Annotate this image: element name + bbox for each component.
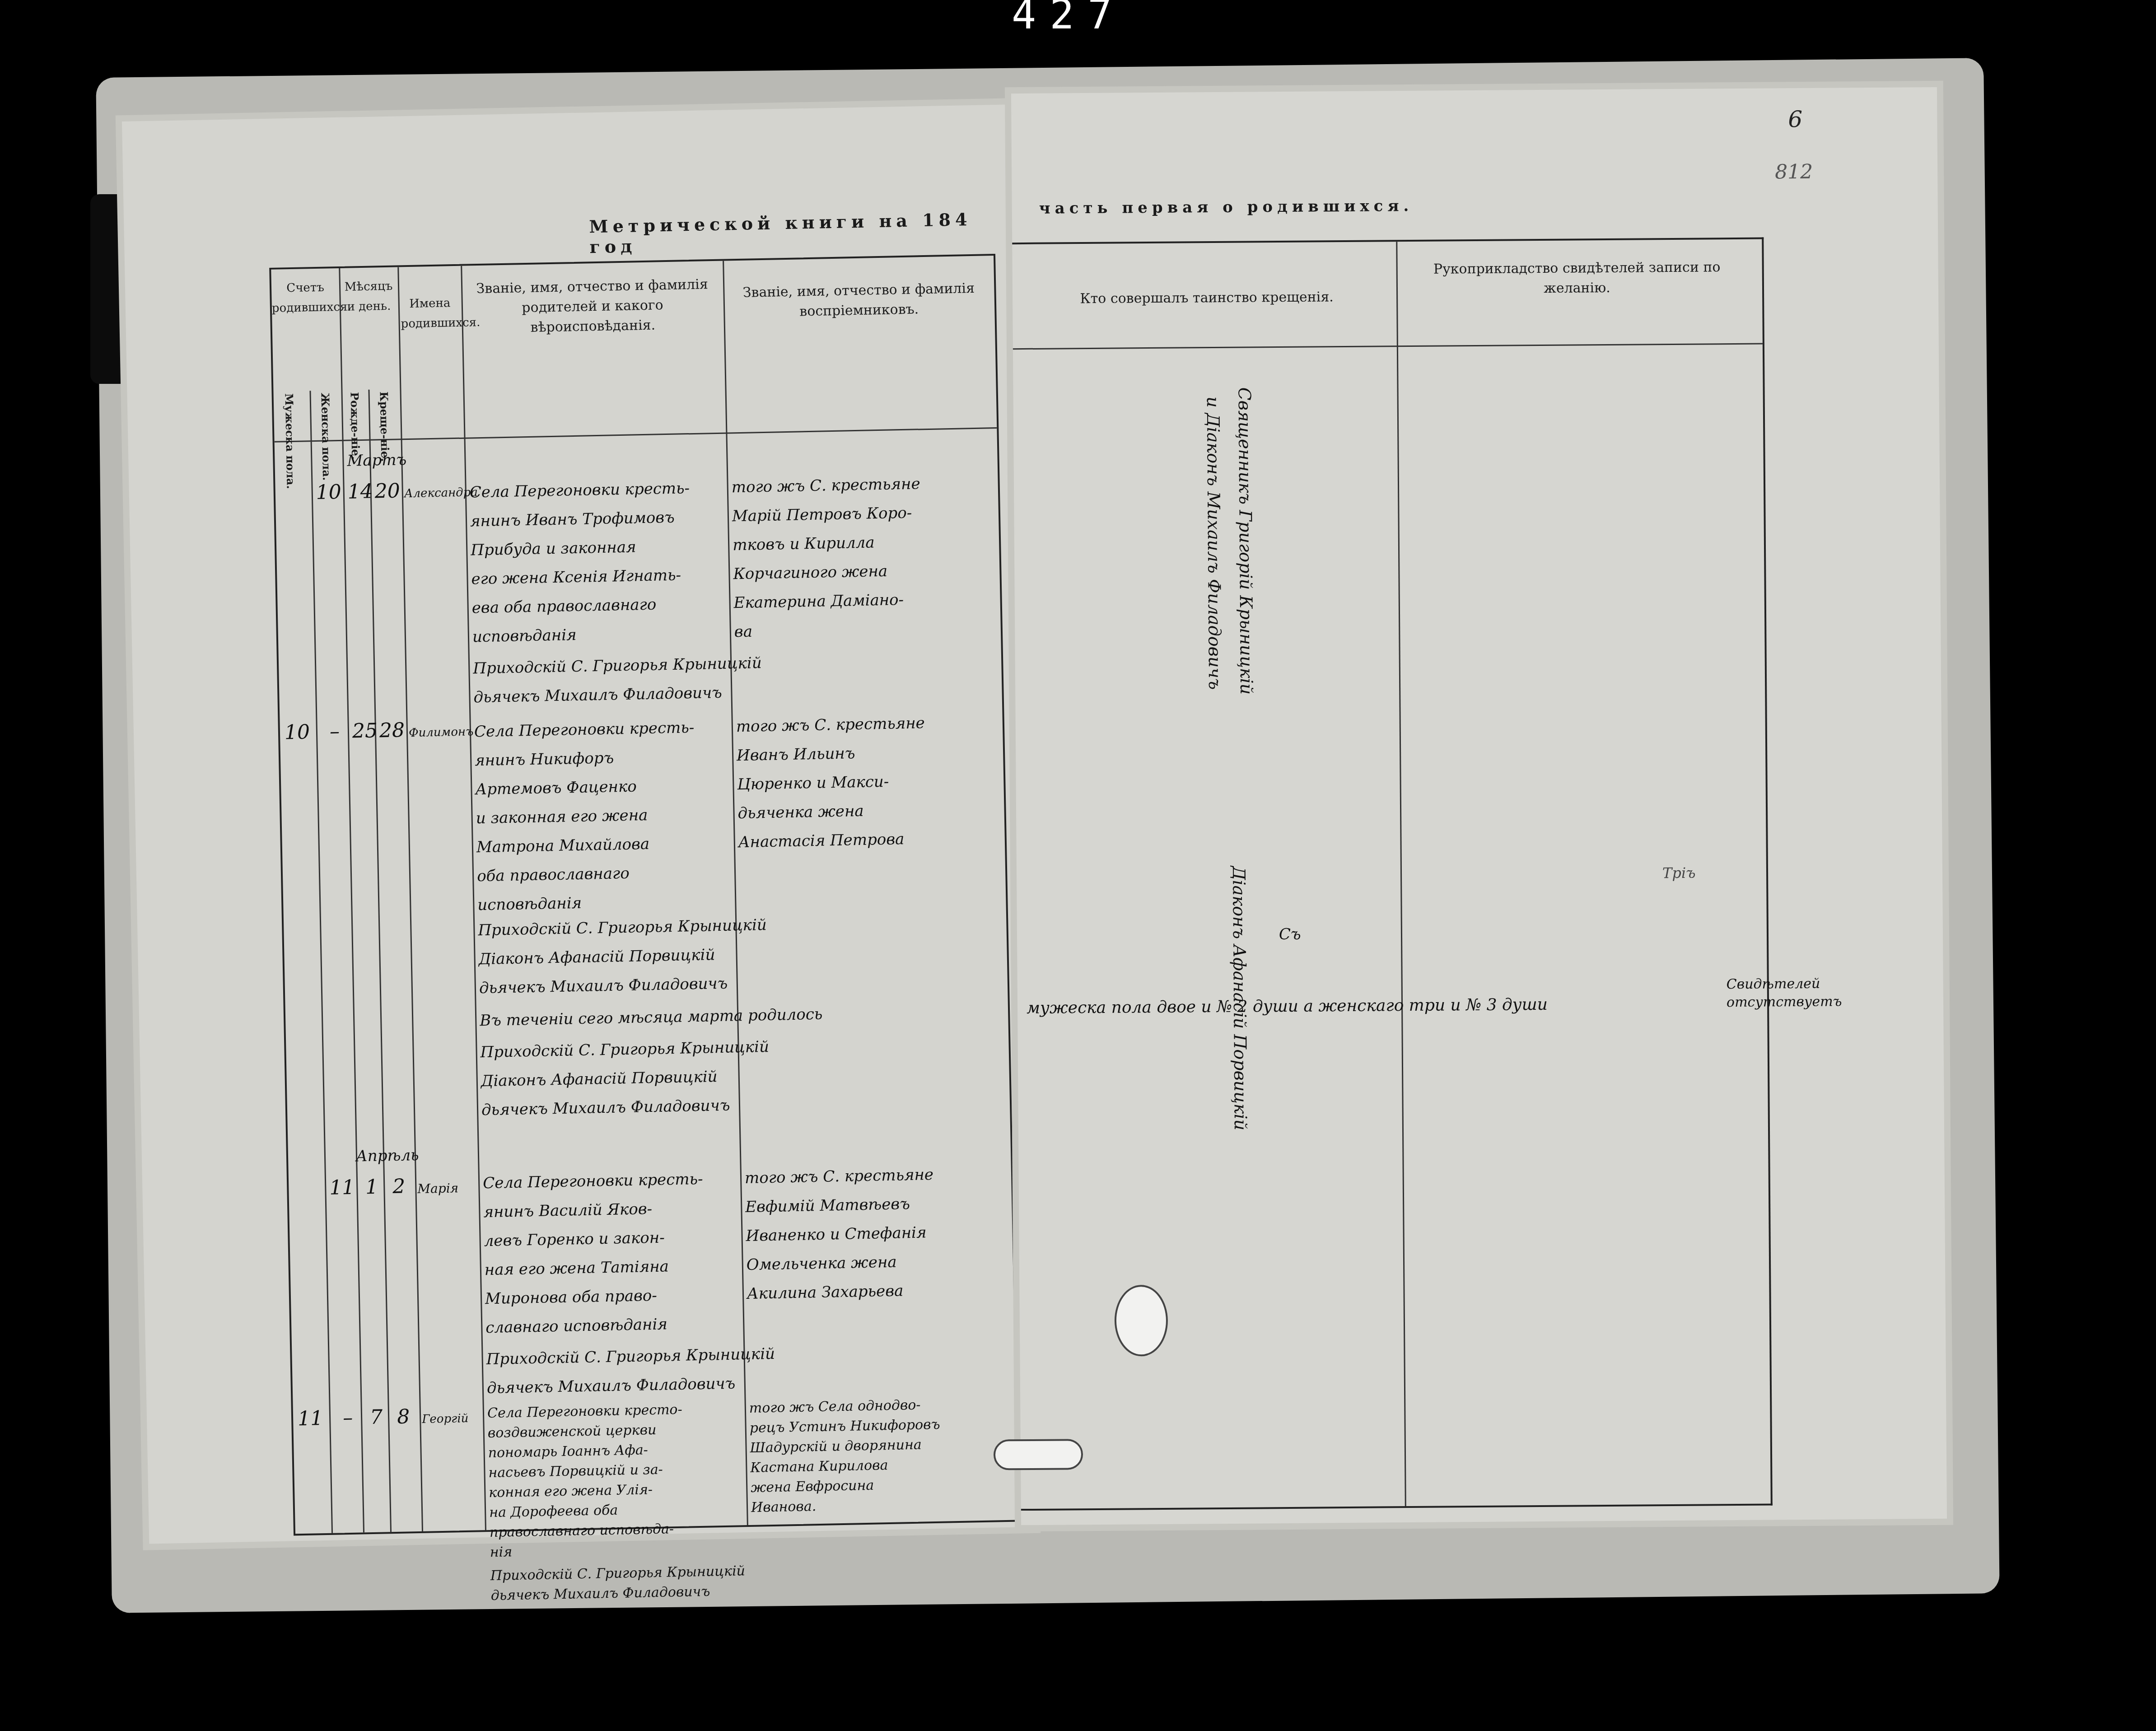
right-page: часть первая о родившихся. Кто совершалъ… xyxy=(1011,87,1947,1525)
left-page-title: Метрической книги на 184 год xyxy=(589,208,1010,257)
record-3-name: Марія xyxy=(417,1174,459,1204)
record-4-signature: Приходскій С. Григорья Крыницкій дьячекъ… xyxy=(271,256,994,270)
record-3-month: Апрѣль xyxy=(355,1141,419,1171)
corner-mark-6: 6 xyxy=(1788,106,1802,132)
record-2-birth-day: 25 xyxy=(352,719,378,742)
record-3-baptism-day: 2 xyxy=(392,1175,406,1198)
record-3-godparents: того жъ С. крестьяне Евфимій Матвѣевъ Ив… xyxy=(271,256,994,270)
summary-prefix: Съ xyxy=(1279,920,1301,949)
record-3-count: 11 xyxy=(329,1176,355,1199)
record-2-signature: Приходскій С. Григорья Крыницкій Діаконъ… xyxy=(271,256,994,270)
header-parents: Званіе, имя, отчество и фамилія родителе… xyxy=(466,275,719,339)
right-page-title: часть первая о родившихся. xyxy=(1039,197,1414,218)
record-2-godparents: того жъ С. крестьяне Иванъ Ильинъ Цюренк… xyxy=(271,256,994,270)
record-2-parents: Села Перегоновки кресть- янинъ Никифоръ … xyxy=(271,256,994,270)
frame-number: 427 xyxy=(1012,0,1126,38)
record-3-birth-day: 1 xyxy=(365,1176,378,1199)
register-table: Счетъ родившихся. Мужеска пола. Женска п… xyxy=(269,254,1020,1535)
left-page: Метрической книги на 184 год Счетъ родив… xyxy=(122,104,1034,1544)
record-4-female-dash: – xyxy=(343,1406,353,1429)
record-2-count: 10 xyxy=(284,720,310,744)
header-count-male: Мужеска пола. xyxy=(283,393,298,489)
record-2-baptism-day: 28 xyxy=(379,719,405,742)
record-1-baptism-day: 20 xyxy=(374,479,400,503)
margin-note: Тріъ xyxy=(1662,859,1696,888)
header-count: Счетъ родившихся. xyxy=(271,277,340,318)
summary-line: мужеска пола двое и № 2 души а женскаго … xyxy=(1027,990,1548,1023)
record-1-month: Мартъ xyxy=(347,445,407,476)
header-count-female: Женска пола. xyxy=(319,392,334,481)
record-1-godparents: того жъ С. крестьяне Марій Петровъ Коро-… xyxy=(271,256,994,270)
record-1-birth-day: 14 xyxy=(347,480,373,504)
record-4-parents: Села Перегоновки кресто- воздвиженской ц… xyxy=(271,256,994,270)
record-4-godparents: того жъ Села однодво- рецъ Устинъ Никифо… xyxy=(271,256,994,270)
record-1-count: 10 xyxy=(316,481,341,504)
record-1-signature: Приходскій С. Григорья Крыницкій дьячекъ… xyxy=(271,256,994,270)
corner-mark-folio: 812 xyxy=(1775,160,1813,184)
record-4-birth-day: 7 xyxy=(370,1406,383,1429)
record-1-name: Александра xyxy=(404,478,478,508)
summary-witnesses-note: Свидѣтелей отсутствуетъ xyxy=(1727,975,1817,1012)
paper-damage-spot xyxy=(1114,1285,1168,1357)
record-1-parents: Села Перегоновки кресть- янинъ Иванъ Тро… xyxy=(271,256,994,270)
baptizer-priest-vertical: Священникъ Григорій Крыницкій xyxy=(1235,387,1257,695)
paper-damage-tear xyxy=(994,1439,1083,1470)
record-4-name: Георгій xyxy=(422,1404,469,1434)
record-4-count: 11 xyxy=(298,1407,323,1430)
header-month-day: Мѣсяцъ и день. xyxy=(339,276,399,317)
monthly-summary-note: Въ теченіи сего мѣсяца марта родилось xyxy=(480,1000,823,1036)
record-2-name: Филимонъ xyxy=(408,717,473,747)
header-baptizer: Кто совершалъ таинство крещенія. xyxy=(1022,287,1392,309)
baptizer-deacon-vertical: и Діаконъ Михаилъ Филадовичъ xyxy=(1203,397,1225,690)
record-2-signature-2: Приходскій С. Григорья Крыницкій Діаконъ… xyxy=(271,256,994,270)
header-witnesses: Рукоприкладство свидѣтелей записи по жел… xyxy=(1405,257,1749,299)
header-names: Имена родившихся. xyxy=(400,293,460,334)
record-4-baptism-day: 8 xyxy=(397,1405,410,1428)
record-2-female-dash: – xyxy=(329,720,340,743)
header-godparents: Званіе, имя, отчество и фамилія воспріем… xyxy=(728,278,990,323)
record-3-parents: Села Перегоновки кресть- янинъ Василій Я… xyxy=(271,256,994,270)
record-3-signature: Приходскій С. Григорья Крыницкій дьячекъ… xyxy=(271,256,994,270)
